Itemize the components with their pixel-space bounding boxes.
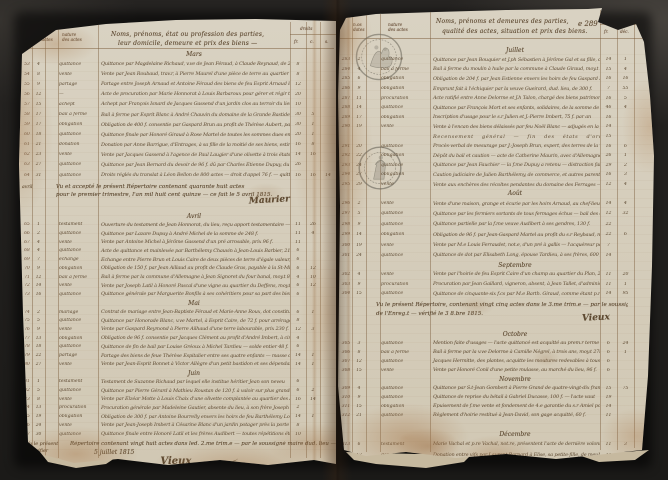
amount-francs: 16 xyxy=(600,172,617,177)
act-number: 69 xyxy=(22,257,32,262)
amount-francs: 7 xyxy=(600,86,617,91)
act-type: quittance xyxy=(58,388,99,393)
register-row: 66 2 quittance Quittance par Lazare Dupu… xyxy=(16,229,336,238)
act-number: 300 xyxy=(340,243,352,248)
certification-line1: Vu le présent Répertoire, contenant ving… xyxy=(376,301,628,309)
amount-francs: 6 xyxy=(600,368,617,373)
act-number: 294 xyxy=(340,172,352,177)
act-day: 1 xyxy=(32,222,45,227)
act-type: bail à ferme xyxy=(380,67,431,72)
act-entry-text: Quittance par Magdelaine Richaud, v.ve d… xyxy=(99,61,290,67)
act-day: 21 xyxy=(32,142,45,147)
act-type: quittance xyxy=(380,341,431,346)
amount-francs: 6 xyxy=(290,283,306,288)
act-type: partage xyxy=(58,82,99,87)
column-header-c: déc. xyxy=(620,29,629,34)
register-row: 85 19 obligation Obligation de 300 f. pa… xyxy=(16,412,336,421)
act-day: 27 xyxy=(32,362,45,367)
act-type: obligation xyxy=(380,172,431,177)
month-heading: Juin xyxy=(98,369,290,378)
act-number: 58 xyxy=(22,112,32,117)
act-entry-text: Quittance par S.t-Jean Gombert à Pierre … xyxy=(431,385,600,391)
act-day: 17 xyxy=(32,122,45,127)
register-row: 308 15 vente Vente par Honoré Conil d'un… xyxy=(336,366,650,375)
amount-centimes: 32 xyxy=(617,211,634,216)
act-number: 287 xyxy=(340,96,352,101)
register-row: 307 12 quittance Jacques Hermitte, des p… xyxy=(336,357,650,366)
amount-francs: 16 xyxy=(600,115,617,120)
amount-centimes: 1 xyxy=(306,310,320,315)
amount-francs: 14 xyxy=(290,414,306,419)
act-entry-text: Échange entre Pierre Brun et Louis Caire… xyxy=(99,257,290,263)
column-header-c: c. xyxy=(310,39,314,44)
act-day: 19 xyxy=(352,243,366,248)
act-day: 13 xyxy=(32,336,45,341)
act-day: 9 xyxy=(32,327,45,332)
act-entry-text: Quittance de reprise du bétail à Gabriel… xyxy=(431,394,600,400)
act-entry-text: Bail à ferme par la v.ve Delorme à Camil… xyxy=(431,349,600,355)
act-type: achept xyxy=(58,102,99,107)
register-row: 78 18 quittance Quittance de fin de bail… xyxy=(16,342,336,351)
amount-francs: 14 xyxy=(290,152,306,157)
act-entry-text: Quittance de dot par Élisabeth Long, épo… xyxy=(431,252,600,258)
act-type: quittance xyxy=(58,162,99,167)
month-rows: 53 4 quittance Quittance par Magdelaine … xyxy=(16,59,336,180)
amount-francs: 7 xyxy=(600,243,617,248)
act-entry-text: Acte de quittance et mainlevée par Barth… xyxy=(99,248,290,254)
act-entry-text: Ouverture du testament de Jean Honnorat,… xyxy=(99,222,290,228)
amount-francs: 6 xyxy=(290,266,306,271)
amount-francs: 14 xyxy=(600,291,617,296)
act-day: 14 xyxy=(352,105,366,110)
archival-scan: Noms, prénoms, état ou profession des pa… xyxy=(0,0,668,480)
register-row: 299 14 obligation Obligation de 96 f. pa… xyxy=(336,229,650,239)
act-number: 311 xyxy=(340,404,352,409)
act-day: 2 xyxy=(352,201,366,206)
act-day: 5 xyxy=(352,211,366,216)
act-type: vente xyxy=(58,283,99,288)
amount-centimes: 1 xyxy=(306,353,320,358)
act-entry-text: Bail à ferme du moulin à huile par la co… xyxy=(431,66,600,72)
act-type: donation xyxy=(58,142,99,147)
amount-francs: 6 xyxy=(290,344,306,349)
amount-francs: 6 xyxy=(290,388,306,393)
amount-francs: 8 xyxy=(290,318,306,323)
register-left-page: Noms, prénoms, état ou profession des pa… xyxy=(16,14,336,470)
act-day: 15 xyxy=(352,404,366,409)
act-type: obligation xyxy=(58,266,99,271)
act-entry-text: Testament de Suzanne Richaud par lequel … xyxy=(99,379,290,385)
act-type: vente xyxy=(380,243,431,248)
act-number: 57 xyxy=(22,102,32,107)
amount-centimes: 1 xyxy=(306,414,320,419)
act-entry-text: Procuration générale par Madeleine Gauti… xyxy=(99,405,290,411)
act-day: 21 xyxy=(352,413,366,418)
act-day: 23 xyxy=(32,152,45,157)
act-number: 71 xyxy=(22,275,32,280)
act-entry-text: Partage entre Joseph Arnaud et Antoine F… xyxy=(99,81,290,87)
act-entry-text: Obligation de 96 f. consentie par Jacque… xyxy=(99,335,290,341)
quarter-certification: avril Vu et accepté le présent Répertoir… xyxy=(56,183,308,209)
act-day: 1 xyxy=(32,379,45,384)
act-entry-text: Quittance par les fermiers sortants de t… xyxy=(431,211,600,217)
act-type: obligation xyxy=(380,115,431,120)
amount-francs: 11 xyxy=(600,442,617,447)
act-number: 56 xyxy=(22,92,32,97)
amount-centimes: 12 xyxy=(306,283,320,288)
margin-month-note: avril xyxy=(22,185,56,191)
act-day: 9 xyxy=(32,266,45,271)
amount-francs: 16 xyxy=(290,142,306,147)
register-row: 55 9 partage Partage entre Joseph Arnaud… xyxy=(16,79,336,89)
right-page-entries: Juillet 283 2 quittance Quittance par Je… xyxy=(336,46,650,461)
act-entry-text: Procès-verbal de mesurage par J.-Joseph … xyxy=(431,143,600,149)
act-number: 297 xyxy=(340,211,352,216)
register-row: 58 17 bail à ferme Bail à ferme par Espr… xyxy=(16,109,336,119)
act-day: 9 xyxy=(352,86,366,91)
amount-francs: 14 xyxy=(600,201,617,206)
act-day: 30 xyxy=(32,432,45,437)
amount-francs: 11 xyxy=(600,272,617,277)
amount-francs: 10 xyxy=(290,432,306,437)
act-entry-text: Vente par Jean-Joseph Imbert à Césarine … xyxy=(99,422,290,428)
register-row: 63 27 quittance Quittance par Jean Berna… xyxy=(16,160,336,170)
amount-francs: 15 xyxy=(600,386,617,391)
act-day: 22 xyxy=(352,153,366,158)
amount-centimes: 16 xyxy=(306,152,320,157)
act-day: 4 xyxy=(32,248,45,253)
act-day: 9 xyxy=(352,222,366,227)
act-day: 17 xyxy=(352,115,366,120)
amount-francs: 4 xyxy=(290,275,306,280)
register-row: 87 30 quittance Quittance finale entre H… xyxy=(16,430,336,439)
month-heading: Décembre xyxy=(430,430,600,439)
act-type: vente xyxy=(58,362,99,367)
register-row: 301 24 quittance Quittance de dot par Él… xyxy=(336,250,650,260)
act-type: obligation xyxy=(58,122,99,127)
act-type: bail à ferme xyxy=(58,275,99,280)
act-number: 65 xyxy=(22,222,32,227)
register-row: 310 9 quittance Quittance de reprise du … xyxy=(336,393,650,402)
folio-number: e 289 xyxy=(578,20,598,28)
act-number: 306 xyxy=(340,350,352,355)
act-day: 14 xyxy=(352,232,366,237)
act-number: 73 xyxy=(22,292,32,297)
act-number: 290 xyxy=(340,124,352,129)
register-row: 285 6 obligation Obligation de 204 f. pa… xyxy=(336,74,650,84)
register-row: 61 21 donation Donation par Anne Barrigu… xyxy=(16,140,336,150)
act-entry-text: Vente par Gaspard Reymond à Pierre Ailha… xyxy=(99,326,290,332)
amount-centimes: 16 xyxy=(306,173,320,178)
amount-centimes: 1 xyxy=(306,122,320,127)
act-entry-text: Caution judiciaire de Julien Barthélemy,… xyxy=(431,172,600,178)
header-rule xyxy=(20,48,334,49)
register-row: 57 15 achept Achept par François Isnard … xyxy=(16,99,336,109)
act-type: vente xyxy=(380,201,431,206)
act-number: 305 xyxy=(340,341,352,346)
amount-francs: 6 xyxy=(290,248,306,253)
act-number: 288 xyxy=(340,105,352,110)
act-day: 12 xyxy=(32,275,45,280)
act-day: 19 xyxy=(32,414,45,419)
act-day: 24 xyxy=(32,423,45,428)
register-row: 77 13 obligation Obligation de 96 f. con… xyxy=(16,334,336,343)
amount-centimes: 4 xyxy=(617,105,634,110)
amount-francs: 14 xyxy=(290,353,306,358)
register-row: 311 15 obligation Épuisement de f.me ven… xyxy=(336,402,650,411)
amount-francs: 6 xyxy=(600,350,617,355)
act-day: 4 xyxy=(352,67,366,72)
closing-line: Répertoire contenant vingt huit actes da… xyxy=(70,441,336,449)
amount-francs: 8 xyxy=(290,72,306,77)
act-type: vente xyxy=(380,182,431,187)
act-entry-text: Vente par Jean Roubaud, trav.r, à Pierre… xyxy=(99,71,290,77)
register-row: 295 29 vente Vente aux enchères des réco… xyxy=(336,180,650,190)
register-row: 292 22 obligation Dépôt du bail et cauti… xyxy=(336,151,650,161)
act-day: 12 xyxy=(352,359,366,364)
act-type: quittance xyxy=(380,413,431,418)
register-row: 56 12 — Acte de procuration par Marie Ho… xyxy=(16,89,336,99)
month-heading: Octobre xyxy=(430,330,600,339)
act-day: 24 xyxy=(352,253,366,258)
act-number: 62 xyxy=(22,152,32,157)
amount-centimes: 14 xyxy=(306,397,320,402)
register-row: 297 5 quittance Quittance par les fermie… xyxy=(336,209,650,219)
act-type: obligation xyxy=(380,86,431,91)
amount-francs: 14 xyxy=(290,362,306,367)
amount-francs: 26 xyxy=(290,162,306,167)
act-entry-text: Vente à l'encan des biens délaissés par … xyxy=(431,124,600,130)
amount-centimes: 2 xyxy=(617,163,634,168)
register-row: 293 24 quittance Quittance par Jean Fauc… xyxy=(336,161,650,171)
act-type: quittance xyxy=(380,253,431,258)
register-row: 62 23 vente Vente par Jacques Gassend à … xyxy=(16,150,336,160)
register-row: 68 4 quittance Acte de quittance et main… xyxy=(16,247,336,256)
act-entry-text: Règlement d'hoirie restitué à Jean-David… xyxy=(431,412,600,418)
act-number: 299 xyxy=(340,232,352,237)
amount-centimes: 6 xyxy=(617,232,634,237)
register-row: 73 16 quittance Quittance générale par M… xyxy=(16,290,336,299)
month-rows: 296 2 vente Vente d'une maison, grange e… xyxy=(336,198,650,260)
amount-francs: 12 xyxy=(290,82,306,87)
amount-francs: 6 xyxy=(600,359,617,364)
section-juin: Juin 81 1 testament Testament de Suzanne… xyxy=(16,369,336,439)
section-mars: Mars 53 4 quittance Quittance par Magdel… xyxy=(16,50,336,180)
amount-francs: 4 xyxy=(290,336,306,341)
act-number: 66 xyxy=(22,231,32,236)
register-row: 294 27 obligation Caution judiciaire de … xyxy=(336,170,650,180)
amount-francs: 6 xyxy=(290,310,306,315)
act-number: 67 xyxy=(22,240,32,245)
act-day: 3 xyxy=(352,341,366,346)
register-row: 313 6 testament Marie Vachal et p.re Vac… xyxy=(336,439,650,450)
act-number: 301 xyxy=(340,253,352,258)
act-number: 75 xyxy=(22,318,32,323)
amount-francs: 12 xyxy=(600,182,617,187)
act-entry-text: Quittance de cinquante-six f.cs par M.e … xyxy=(431,291,600,297)
act-day: 4 xyxy=(32,240,45,245)
register-row: 304 15 quittance Quittance de cinquante-… xyxy=(336,289,650,299)
amount-francs: 12 xyxy=(290,327,306,332)
register-row: 75 5 quittance Quittance par Honorade Bl… xyxy=(16,316,336,325)
act-type: obligation xyxy=(58,414,99,419)
column-header-fr: fr. xyxy=(294,39,298,44)
act-day: 15 xyxy=(32,102,45,107)
act-type: bail à ferme xyxy=(58,112,99,117)
act-number: 295 xyxy=(340,182,352,187)
amount-centimes: 4 xyxy=(306,231,320,236)
act-entry-text: Obligation de 150 f. par Jean Aillaud au… xyxy=(99,265,290,271)
act-day: 9 xyxy=(352,282,366,287)
register-row: 64 31 quittance Droits réglés du transla… xyxy=(16,170,336,180)
act-number: 302 xyxy=(340,272,352,277)
act-entry-text: Marie Vachal et p.re Vachal, not.re, pré… xyxy=(431,441,600,447)
act-type: partage xyxy=(58,353,99,358)
act-type: procuration xyxy=(380,282,431,287)
register-row: 72 14 vente Vente par Joseph Latil à Hon… xyxy=(16,281,336,290)
act-entry-text: Quittance finale entre Honoré Latil et l… xyxy=(99,431,290,437)
amount-centimes: 3 xyxy=(617,442,634,447)
act-entry-text: Inscription d'usage pour le s.r Julien e… xyxy=(431,114,600,120)
act-type: vente xyxy=(380,124,431,129)
act-day: 2 xyxy=(32,310,45,315)
month-heading: Novembre xyxy=(430,375,600,384)
act-entry-text: Bail à ferme par la commune d'Allemagne … xyxy=(99,274,290,280)
section-avril: Avril 65 1 testament Ouverture du testam… xyxy=(16,212,336,299)
act-day: 8 xyxy=(32,72,45,77)
act-number: 296 xyxy=(340,201,352,206)
register-row: 84 13 procuration Procuration générale p… xyxy=(16,404,336,413)
amount-centimes: 1 xyxy=(617,57,634,62)
act-entry-text: Dépôt du bail et caution — acte de Cathe… xyxy=(431,153,600,159)
amount-francs: 11 xyxy=(290,240,306,245)
register-row: 60 18 quittance Quittance finale par Hon… xyxy=(16,130,336,140)
act-type: testament xyxy=(380,442,431,447)
register-row: 286 9 obligation Emprunt fait à l'échiqu… xyxy=(336,84,650,94)
act-type: procuration xyxy=(380,96,431,101)
amount-francs: 16 xyxy=(600,144,617,149)
column-header-s: s. xyxy=(325,39,328,44)
act-number: 285 xyxy=(340,76,352,81)
amount-centimes: 1 xyxy=(306,132,320,137)
act-type: vente xyxy=(58,423,99,428)
amount-centimes: 4 xyxy=(617,67,634,72)
register-row: 290 19 vente Vente à l'encan des biens d… xyxy=(336,122,650,132)
act-type: quittance xyxy=(380,291,431,296)
amount-francs: 14 xyxy=(600,57,617,62)
month-rows: 74 2 mariage Contrat de mariage entre Je… xyxy=(16,308,336,369)
act-type: vente xyxy=(58,327,99,332)
act-day: 8 xyxy=(32,397,45,402)
act-number: 304 xyxy=(340,291,352,296)
act-day: 6 xyxy=(352,76,366,81)
amount-francs: 46 xyxy=(600,105,617,110)
register-row: 83 8 vente Vente par Élzéar Motte à Loui… xyxy=(16,395,336,404)
act-number: 283 xyxy=(340,57,352,62)
act-type: quittance xyxy=(58,344,99,349)
amount-francs: 20 xyxy=(290,132,306,137)
amount-centimes: 6 xyxy=(617,144,634,149)
act-type: vente xyxy=(380,368,431,373)
amount-francs: 2 xyxy=(290,405,306,410)
act-entry-text: Quittance par Jean Bernard du devoir de … xyxy=(99,162,290,168)
act-number: 64 xyxy=(22,173,32,178)
act-entry-text: Emprunt fait à l'échiquier par la veuve … xyxy=(431,86,600,92)
act-day: 20 xyxy=(352,144,366,149)
act-entry-text: Partage des biens de feue Thérèse Espita… xyxy=(99,353,290,359)
page-header-line1: Noms, prénoms et demeures des parties, xyxy=(436,18,569,25)
act-day: 16 xyxy=(32,292,45,297)
amount-centimes: 1 xyxy=(306,362,320,367)
act-day: 24 xyxy=(352,163,366,168)
amount-francs: 22 xyxy=(600,232,617,237)
act-number: 74 xyxy=(22,310,32,315)
act-number: 70 xyxy=(22,266,32,271)
column-header-droits: droits xyxy=(300,26,312,31)
act-entry-text: Quittance par Pierre Gérard à Mathieu Ro… xyxy=(99,388,290,394)
amount-francs: 8 xyxy=(290,62,306,67)
month-rows: 305 3 quittance Mention faite d'usages —… xyxy=(336,339,650,375)
section-mai: Mai 74 2 mariage Contrat de mariage entr… xyxy=(16,299,336,369)
act-number: 55 xyxy=(22,82,32,87)
act-day: 2 xyxy=(32,231,45,236)
amount-francs: 12 xyxy=(600,211,617,216)
act-number: 298 xyxy=(340,222,352,227)
act-type: vente xyxy=(58,152,99,157)
section-septembre: Septembre 302 4 vente Vente par l'hoirie… xyxy=(336,261,650,299)
act-number: 303 xyxy=(340,282,352,287)
amount-francs: 14 xyxy=(600,253,617,258)
register-row: 309 4 quittance Quittance par S.t-Jean G… xyxy=(336,384,650,393)
act-entry-text: Quittance de fin de bail par Louise Gréo… xyxy=(99,344,290,350)
amount-centimes: 75 xyxy=(617,386,634,391)
act-type: quittance xyxy=(380,211,431,216)
act-type: mariage xyxy=(58,310,99,315)
act-number: 284 xyxy=(340,67,352,72)
act-entry-text: Bail à ferme par Esprit Blanc à André Ch… xyxy=(99,112,290,118)
register-row: 298 9 quittance Quittance partielle par … xyxy=(336,219,650,229)
act-number: 63 xyxy=(22,162,32,167)
amount-centimes: 5 xyxy=(617,96,634,101)
amount-sous: 14 xyxy=(320,173,336,178)
act-day: 9 xyxy=(32,82,45,87)
act-type: quittance xyxy=(380,222,431,227)
act-number: 68 xyxy=(22,248,32,253)
act-number: 286 xyxy=(340,86,352,91)
act-entry-text: Épuisement de f.me vente et fondement de… xyxy=(431,403,600,409)
month-rows: 309 4 quittance Quittance par S.t-Jean G… xyxy=(336,384,650,420)
act-day: 6 xyxy=(352,442,366,447)
amount-centimes: 1 xyxy=(617,153,634,158)
act-number: 308 xyxy=(340,368,352,373)
register-row: 283 2 quittance Quittance par Jean Bouqu… xyxy=(336,55,650,65)
act-entry-text: Recensement général — fin des états d'or… xyxy=(431,134,600,140)
act-entry-text: Jacques Hermitte, des plantes, acquitte … xyxy=(431,358,600,364)
register-row: 306 8 bail à ferme Bail à ferme par la v… xyxy=(336,348,650,357)
act-day: 18 xyxy=(32,344,45,349)
act-number: 53 xyxy=(22,62,32,67)
act-type: — xyxy=(58,92,99,97)
act-number: 292 xyxy=(340,153,352,158)
month-heading: Août xyxy=(430,189,600,198)
act-number: 72 xyxy=(22,283,32,288)
act-type: quittance xyxy=(58,62,99,67)
act-day: 11 xyxy=(352,96,366,101)
act-type: quittance xyxy=(58,231,99,236)
act-day: 27 xyxy=(32,162,45,167)
act-entry-text: Vente par Jean-Esprit Bonnet à Victor Al… xyxy=(99,361,290,367)
act-type: testament xyxy=(58,222,99,227)
